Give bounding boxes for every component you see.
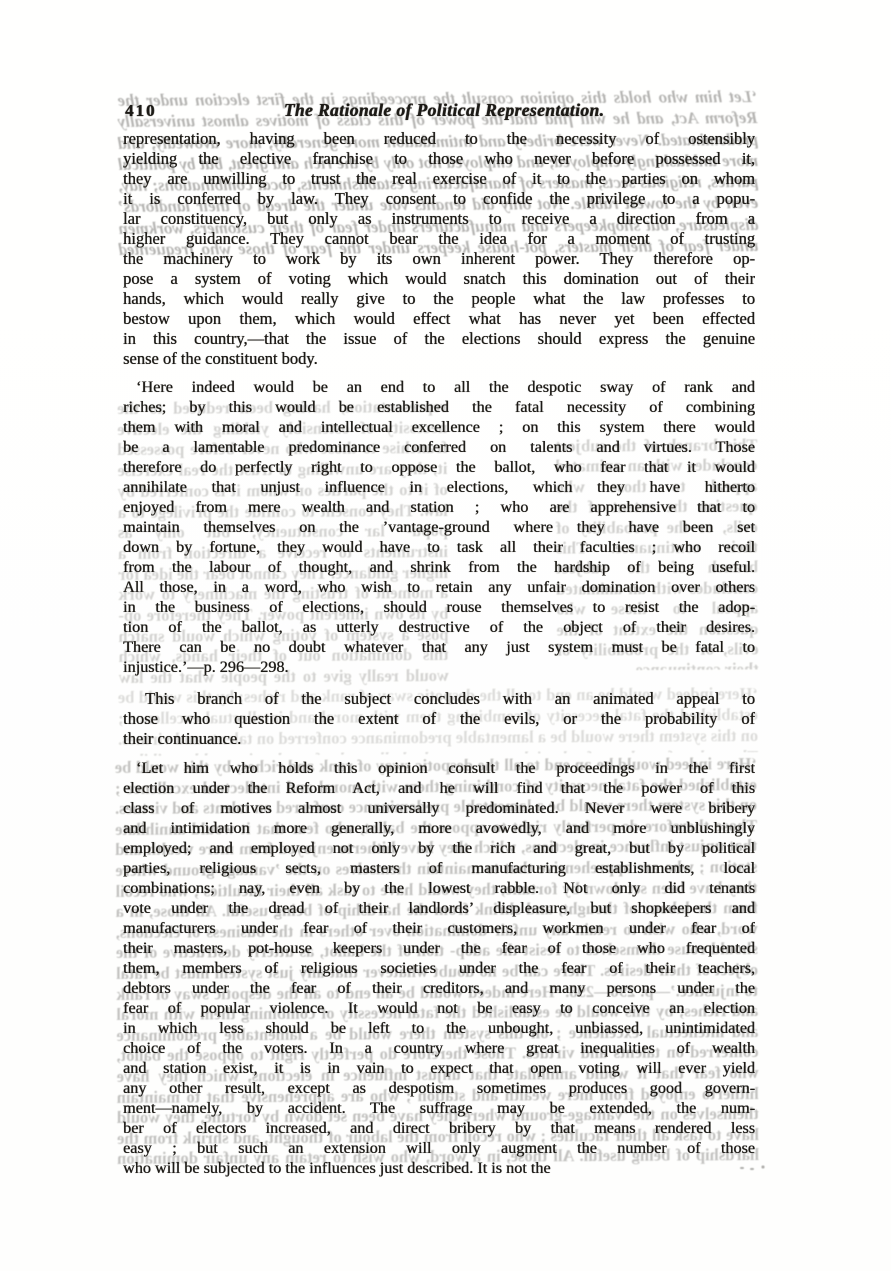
text-line: bestow upon them, which would effect wha… bbox=[123, 309, 755, 329]
text-line: in which less should be left to the unbo… bbox=[123, 1018, 755, 1038]
text-line: their continuance. bbox=[123, 729, 755, 749]
text-line: ‘Here indeed would be an end to all the … bbox=[123, 377, 755, 397]
text-line: them with moral and intellectual excelle… bbox=[123, 417, 755, 437]
text-line: combinations; nay, even by the lowest ra… bbox=[123, 878, 755, 898]
text-line: All those, in a word, who wish to retain… bbox=[123, 577, 755, 597]
paragraph: representation, having been reduced to t… bbox=[123, 129, 755, 369]
text-line: employed; and employed not only by the r… bbox=[123, 838, 755, 858]
text-line: sense of the constituent body. bbox=[123, 349, 755, 369]
page-text: representation, having been reduced to t… bbox=[123, 129, 755, 1178]
text-line: choice of the voters. In a country where… bbox=[123, 1038, 755, 1058]
text-line: higher guidance. They cannot bear the id… bbox=[123, 229, 755, 249]
paragraph: This branch of the subject concludes wit… bbox=[123, 689, 755, 749]
text-line: parties, religious sects, masters of man… bbox=[123, 858, 755, 878]
text-line: annihilate that unjust influence in elec… bbox=[123, 477, 755, 497]
text-line: manufacturers under fear of their custom… bbox=[123, 918, 755, 938]
text-line: ber of electors increased, and direct br… bbox=[123, 1118, 755, 1138]
text-line: be a lamentable predominance conferred o… bbox=[123, 437, 755, 457]
text-line: any other result, except as despotism so… bbox=[123, 1078, 755, 1098]
text-line: There can be no doubt whatever that any … bbox=[123, 637, 755, 657]
text-line: maintain themselves on the ’vantage-grou… bbox=[123, 517, 755, 537]
text-line: tion of the ballot, as utterly destructi… bbox=[123, 617, 755, 637]
text-line: easy ; but such an extension will only a… bbox=[123, 1138, 755, 1158]
text-line: them, members of religious societies und… bbox=[123, 958, 755, 978]
text-line: pose a system of voting which would snat… bbox=[123, 269, 755, 289]
text-line: enjoyed from mere wealth and station ; w… bbox=[123, 497, 755, 517]
running-head-title: The Rationale of Political Representatio… bbox=[163, 100, 725, 121]
text-line: and station exist, it is in vain to expe… bbox=[123, 1058, 755, 1078]
text-line: the machinery to work by its own inheren… bbox=[123, 249, 755, 269]
page-number: 410 bbox=[125, 101, 157, 121]
text-line: hands, which would really give to the pe… bbox=[123, 289, 755, 309]
text-line: injustice.’—p. 296—298. bbox=[123, 657, 755, 677]
text-line: class of motives almost universally pred… bbox=[123, 798, 755, 818]
text-line: ment—namely, by accident. The suffrage m… bbox=[123, 1098, 755, 1118]
text-line: those who question the extent of the evi… bbox=[123, 709, 755, 729]
text-line: their masters, pot-house keepers under t… bbox=[123, 938, 755, 958]
text-line: from the labour of thought, and shrink f… bbox=[123, 557, 755, 577]
paragraph: ‘Let him who holds this opinion consult … bbox=[123, 758, 755, 1178]
text-line: in this country,—that the issue of the e… bbox=[123, 329, 755, 349]
text-line: election under the Reform Act, and he wi… bbox=[123, 778, 755, 798]
text-line: lar constituency, but only as instrument… bbox=[123, 209, 755, 229]
text-line: yielding the elective franchise to those… bbox=[123, 149, 755, 169]
text-line: debtors under the fear of their creditor… bbox=[123, 978, 755, 998]
paragraph: ‘Here indeed would be an end to all the … bbox=[123, 377, 755, 677]
text-line: therefore do perfectly right to oppose t… bbox=[123, 457, 755, 477]
text-line: riches; by this would be established the… bbox=[123, 397, 755, 417]
text-line: it is conferred by law. They consent to … bbox=[123, 189, 755, 209]
text-line: This branch of the subject concludes wit… bbox=[123, 689, 755, 709]
page-header: 410 The Rationale of Political Represent… bbox=[123, 100, 755, 124]
text-line: representation, having been reduced to t… bbox=[123, 129, 755, 149]
text-line: and intimidation more generally, more av… bbox=[123, 818, 755, 838]
text-line: vote under the dread of their landlords’… bbox=[123, 898, 755, 918]
text-line: down by fortune, they would have to task… bbox=[123, 537, 755, 557]
text-line: in the business of elections, should rou… bbox=[123, 597, 755, 617]
scanned-book-page: 410 The Rationale of Political Represent… bbox=[0, 0, 891, 1271]
text-line: they are unwilling to trust the real exe… bbox=[123, 169, 755, 189]
text-line: fear of popular violence. It would not b… bbox=[123, 998, 755, 1018]
text-line: ‘Let him who holds this opinion consult … bbox=[123, 758, 755, 778]
text-line: who will be subjected to the influences … bbox=[123, 1158, 755, 1178]
